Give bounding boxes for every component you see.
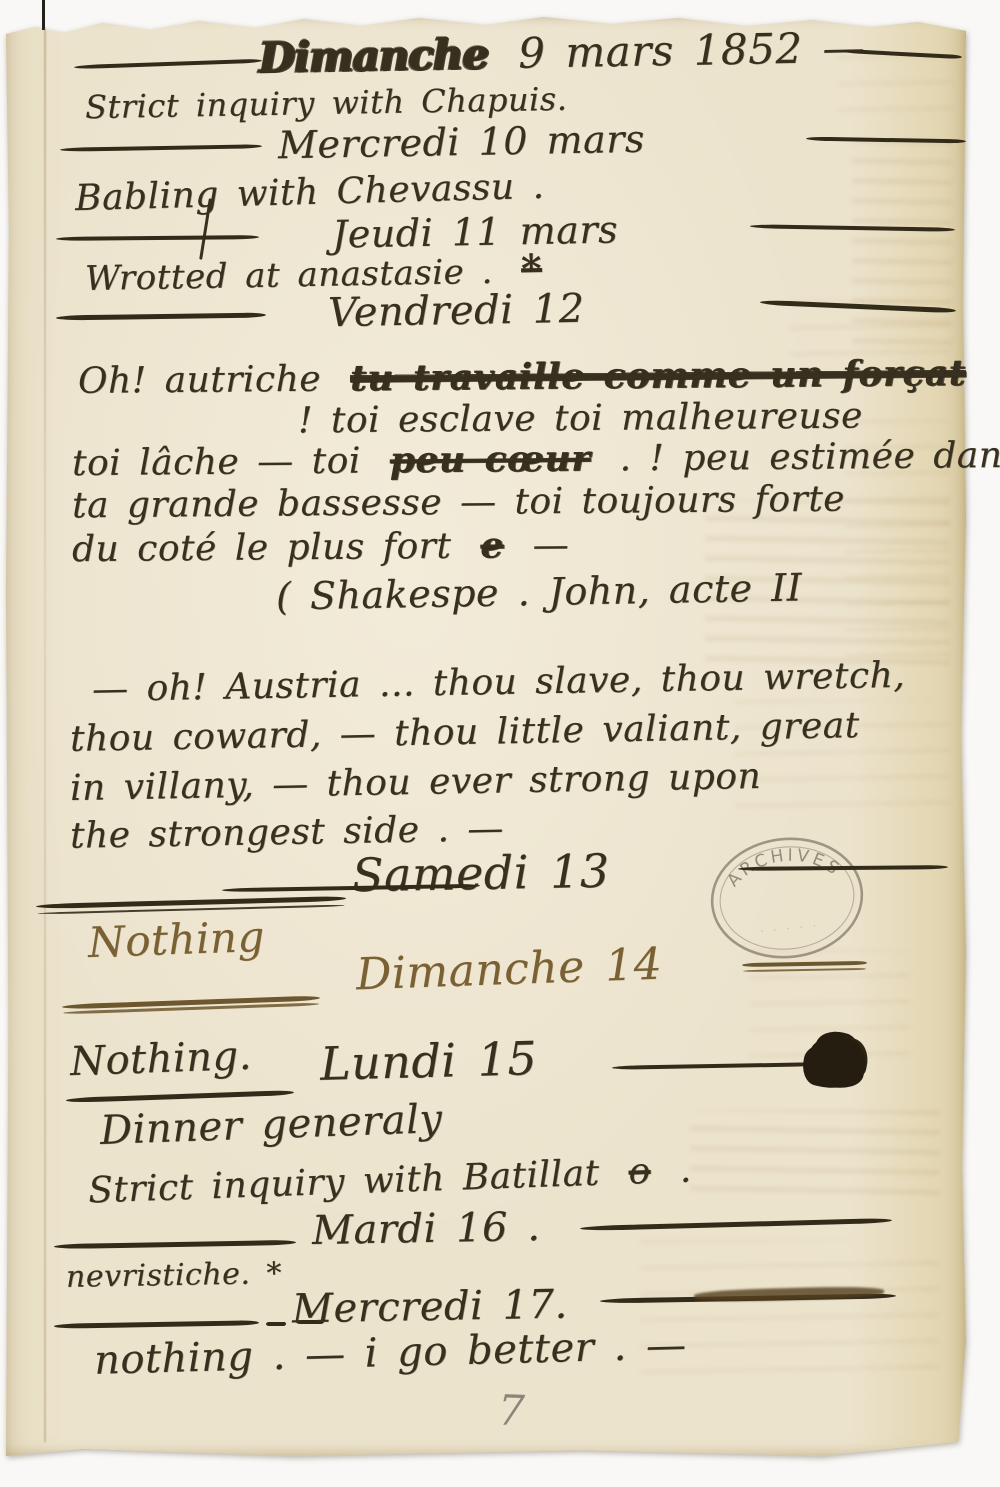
heading-text: Dimanche 14 xyxy=(355,939,663,1001)
french-quote-line-3: toi lâche — toi peu cœur . ! peu estimée… xyxy=(72,434,1000,484)
diary-note-mar17: nothing . — i go better . — xyxy=(93,1322,686,1383)
ink-rule xyxy=(36,896,346,909)
ink-rule xyxy=(66,1090,294,1103)
diary-heading-mar13: Samedi 13 xyxy=(352,844,610,902)
french-quote-line-1: Oh! autriche tu travaille comme un força… xyxy=(78,352,966,402)
diary-note-mar15-line1: Dinner generaly xyxy=(99,1096,443,1154)
heading-text: Vendredi 12 xyxy=(328,286,585,336)
page-content: Dimanche 9 mars 1852 — Strict inquiry wi… xyxy=(0,0,1000,1487)
english-quote-line-3: in villany, — thou ever strong upon xyxy=(70,756,762,809)
ink-rule xyxy=(60,144,262,152)
ink-rule xyxy=(62,995,320,1009)
bleedthrough-smudge xyxy=(690,1110,940,1200)
note-text: Dinner generaly xyxy=(99,1096,443,1154)
attribution-text: ( Shakespe . John, acte II xyxy=(276,565,803,618)
note-text: nothing . — i go better . — xyxy=(93,1322,686,1383)
manuscript-scan: Dimanche 9 mars 1852 — Strict inquiry wi… xyxy=(0,0,1000,1487)
note-text: Nothing. xyxy=(69,1033,252,1085)
binding-thread xyxy=(42,0,45,30)
ink-dash xyxy=(266,1322,286,1326)
diary-heading-mar9: Dimanche 9 mars 1852 — xyxy=(258,23,866,83)
diary-heading-mar12: Vendredi 12 xyxy=(328,286,585,336)
asterisk-mark: * xyxy=(521,246,543,292)
diary-note-mar14: Nothing. xyxy=(69,1033,252,1085)
quote-text: in villany, — thou ever strong upon xyxy=(70,756,762,809)
fold-crease xyxy=(44,28,46,1442)
diary-note-mar16: nevristiche. * xyxy=(66,1256,283,1295)
heading-text: Mercredi 10 mars xyxy=(278,117,646,167)
note-text: nevristiche. * xyxy=(66,1256,283,1295)
note-text: . xyxy=(679,1149,692,1190)
heading-text: Samedi 13 xyxy=(352,844,610,902)
folio-number: 7 xyxy=(497,1386,525,1436)
quote-text: toi lâche — toi xyxy=(72,441,361,485)
note-text: Nothing xyxy=(87,912,265,967)
diary-heading-mar15: Lundi 15 xyxy=(319,1031,537,1091)
overwritten-day: Dimanche xyxy=(258,29,488,82)
ink-rule xyxy=(56,235,259,241)
ink-rule xyxy=(74,59,262,70)
diary-note-mar15-line2: Strict inquiry with Batillat o . xyxy=(87,1149,692,1211)
archives-stamp: ARCHIVES . . . . . xyxy=(700,825,875,971)
quote-attribution: ( Shakespe . John, acte II xyxy=(276,565,803,618)
ink-rule xyxy=(580,1218,892,1231)
heading-text: Mardi 16 . xyxy=(312,1204,541,1254)
french-quote-line-2: ! toi esclave toi malheureuse xyxy=(298,396,863,442)
stamp-dots: . . . . . xyxy=(760,918,821,935)
note-text: Strict inquiry with Batillat xyxy=(87,1153,600,1212)
heading-text: Mercredi 17. xyxy=(292,1282,568,1333)
quote-text: — xyxy=(532,525,569,566)
diary-heading-mar14: Dimanche 14 xyxy=(355,939,663,1001)
diary-heading-mar16: Mardi 16 . xyxy=(312,1204,541,1254)
struck-text: peu cœur xyxy=(390,438,591,482)
quote-text: ! toi esclave toi malheureuse xyxy=(298,396,863,442)
struck-text: e xyxy=(480,524,504,566)
french-quote-line-4: ta grande bassesse — toi toujours forte xyxy=(72,479,845,527)
heading-text: Lundi 15 xyxy=(319,1031,537,1091)
ink-rule xyxy=(54,1240,296,1249)
struck-text: tu travaille comme un forçat xyxy=(350,352,966,399)
diary-note-mar13: Nothing xyxy=(87,912,265,967)
french-quote-line-5: du coté le plus fort e — xyxy=(72,524,569,570)
page-number-text: 7 xyxy=(497,1386,525,1436)
quote-text: Oh! autriche xyxy=(78,359,321,402)
heading-date: 9 mars 1852 — xyxy=(518,23,865,78)
quote-text: ta grande bassesse — toi toujours forte xyxy=(72,479,845,527)
quote-text: . ! peu estimée dans xyxy=(619,435,1000,480)
diary-heading-mar10: Mercredi 10 mars xyxy=(278,117,646,167)
diary-heading-mar17: Mercredi 17. xyxy=(292,1282,568,1333)
struck-text: o xyxy=(628,1151,652,1193)
ink-rule xyxy=(54,1320,259,1329)
ink-rule xyxy=(56,313,266,321)
quote-text: du coté le plus fort xyxy=(72,526,452,570)
